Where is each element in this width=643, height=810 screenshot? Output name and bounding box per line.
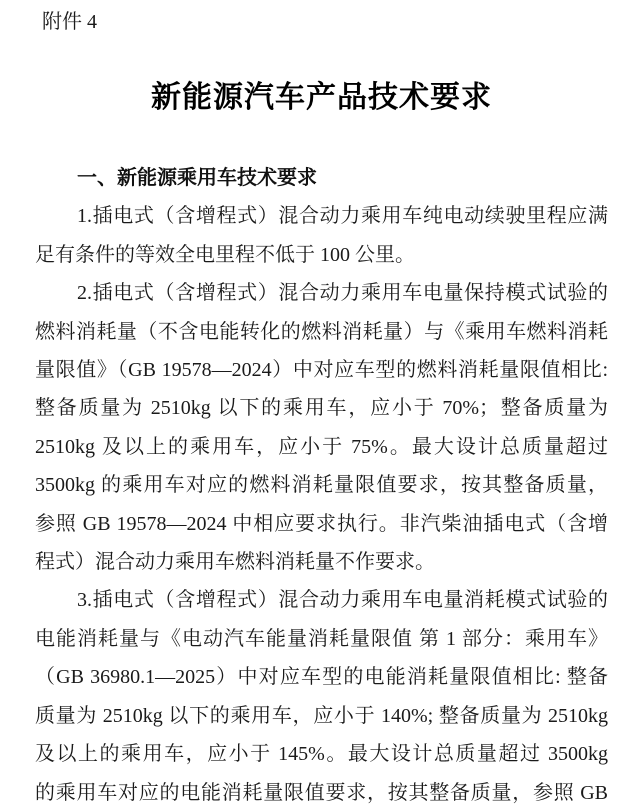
document-page: 附件 4 新能源汽车产品技术要求 一、新能源乘用车技术要求 1.插电式（含增程式… [0,0,643,810]
paragraph: 2.插电式（含增程式）混合动力乘用车电量保持模式试验的燃料消耗量（不含电能转化的… [35,274,608,581]
text-line: 足有条件的等效全电里程不低于 100 公里。 [35,236,608,274]
text-line: 程式）混合动力乘用车燃料消耗量不作要求。 [35,543,608,581]
text-line: 的乘用车对应的电能消耗量限值要求，按其整备质量，参照 GB [35,774,608,810]
text-line: 3.插电式（含增程式）混合动力乘用车电量消耗模式试验的 [35,581,608,619]
text-line: 2510kg 及以上的乘用车，应小于 75%。最大设计总质量超过 [35,428,608,466]
text-line: 电能消耗量与《电动汽车能量消耗量限值 第 1 部分：乘用车》 [35,620,608,658]
document-title: 新能源汽车产品技术要求 [0,80,643,116]
paragraph: 3.插电式（含增程式）混合动力乘用车电量消耗模式试验的电能消耗量与《电动汽车能量… [35,581,608,810]
text-line: 燃料消耗量（不含电能转化的燃料消耗量）与《乘用车燃料消耗 [35,313,608,351]
paragraph: 1.插电式（含增程式）混合动力乘用车纯电动续驶里程应满足有条件的等效全电里程不低… [35,197,608,274]
text-line: （GB 36980.1—2025）中对应车型的电能消耗量限值相比: 整备 [35,658,608,696]
text-line: 1.插电式（含增程式）混合动力乘用车纯电动续驶里程应满 [35,197,608,235]
text-line: 质量为 2510kg 以下的乘用车，应小于 140%; 整备质量为 2510kg [35,697,608,735]
text-line: 量限值》（GB 19578—2024）中对应车型的燃料消耗量限值相比: [35,351,608,389]
document-body: 1.插电式（含增程式）混合动力乘用车纯电动续驶里程应满足有条件的等效全电里程不低… [35,197,608,810]
text-line: 整备质量为 2510kg 以下的乘用车，应小于 70%；整备质量为 [35,389,608,427]
text-line: 2.插电式（含增程式）混合动力乘用车电量保持模式试验的 [35,274,608,312]
attachment-label: 附件 4 [42,0,643,34]
text-line: 及以上的乘用车，应小于 145%。最大设计总质量超过 3500kg [35,735,608,773]
text-line: 参照 GB 19578—2024 中相应要求执行。非汽柴油插电式（含增 [35,505,608,543]
text-line: 3500kg 的乘用车对应的燃料消耗量限值要求，按其整备质量， [35,466,608,504]
section-heading: 一、新能源乘用车技术要求 [35,159,608,197]
